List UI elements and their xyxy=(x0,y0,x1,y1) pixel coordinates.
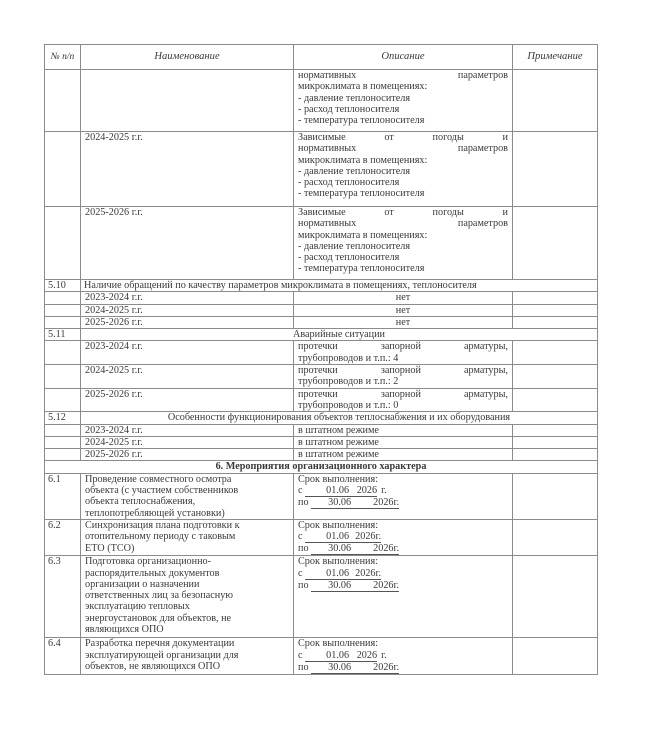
section-title: 6. Мероприятия организационного характер… xyxy=(45,461,598,473)
header-description: Описание xyxy=(294,45,513,70)
value-cell: нет xyxy=(294,292,513,304)
table-row: 2023-2024 г.г. нет xyxy=(45,292,598,304)
section-heading-6: 6. Мероприятия организационного характер… xyxy=(45,461,598,473)
description-cell: Зависимые от погоды и нормативных параме… xyxy=(294,132,513,207)
period-cell: 2025-2026 г.г. xyxy=(81,388,294,412)
section-title: Наличие обращений по качеству параметров… xyxy=(81,280,598,292)
description-cell: протечки запорной арматуры, трубопроводо… xyxy=(294,341,513,365)
section-row-5-11: 5.11 Аварийные ситуации xyxy=(45,329,598,341)
table-row: 2023-2024 г.г. протечки запорной арматур… xyxy=(45,341,598,365)
term-cell: Срок выполнения: с 01.062026г. по 30.062… xyxy=(294,638,513,675)
period-cell: 2024-2025 г.г. xyxy=(81,436,294,448)
section-title: Аварийные ситуации xyxy=(81,329,598,341)
value-cell: нет xyxy=(294,304,513,316)
period-cell: 2025-2026 г.г. xyxy=(81,449,294,461)
header-note: Примечание xyxy=(513,45,598,70)
name-cell: Подготовка организационно- распорядитель… xyxy=(81,556,294,638)
row-number: 6.1 xyxy=(45,473,81,519)
table-row: 2023-2024 г.г. в штатном режиме xyxy=(45,424,598,436)
header-name: Наименование xyxy=(81,45,294,70)
table-row: 2025-2026 г.г. нет xyxy=(45,316,598,328)
row-number: 5.12 xyxy=(45,412,81,424)
row-number: 5.10 xyxy=(45,280,81,292)
name-cell: Разработка перечня документации эксплуат… xyxy=(81,638,294,675)
table-row: 6.1 Проведение совместного осмотра объек… xyxy=(45,473,598,519)
table-row: 2024-2025 г.г. нет xyxy=(45,304,598,316)
description-cell: протечки запорной арматуры, трубопроводо… xyxy=(294,365,513,389)
section-row-5-12: 5.12 Особенности функционирования объект… xyxy=(45,412,598,424)
period-cell: 2023-2024 г.г. xyxy=(81,341,294,365)
table-row: 2024-2025 г.г. протечки запорной арматур… xyxy=(45,365,598,389)
document-table: № п/п Наименование Описание Примечание н… xyxy=(44,44,598,675)
period-cell: 2024-2025 г.г. xyxy=(81,365,294,389)
table-row: 2025-2026 г.г. в штатном режиме xyxy=(45,449,598,461)
section-row-5-10: 5.10 Наличие обращений по качеству парам… xyxy=(45,280,598,292)
table-row: 2024-2025 г.г. Зависимые от погоды и нор… xyxy=(45,132,598,207)
description-cell: нормативных параметров микроклимата в по… xyxy=(294,70,513,132)
term-cell: Срок выполнения: с 01.062026г. по 30.062… xyxy=(294,473,513,519)
period-cell: 2023-2024 г.г. xyxy=(81,424,294,436)
section-title: Особенности функционирования объектов те… xyxy=(81,412,598,424)
description-cell: протечки запорной арматуры, трубопроводо… xyxy=(294,388,513,412)
period-cell: 2025-2026 г.г. xyxy=(81,316,294,328)
table-row: нормативных параметров микроклимата в по… xyxy=(45,70,598,132)
name-cell: Проведение совместного осмотра объекта (… xyxy=(81,473,294,519)
period-cell: 2025-2026 г.г. xyxy=(81,207,294,280)
term-cell: Срок выполнения: с 01.062026г. по 30.062… xyxy=(294,519,513,555)
period-cell: 2023-2024 г.г. xyxy=(81,292,294,304)
table-row: 2025-2026 г.г. протечки запорной арматур… xyxy=(45,388,598,412)
table-row: 6.4 Разработка перечня документации эксп… xyxy=(45,638,598,675)
period-cell: 2024-2025 г.г. xyxy=(81,132,294,207)
value-cell: нет xyxy=(294,316,513,328)
term-cell: Срок выполнения: с 01.062026г. по 30.062… xyxy=(294,556,513,638)
value-cell: в штатном режиме xyxy=(294,436,513,448)
period-cell: 2024-2025 г.г. xyxy=(81,304,294,316)
row-number: 6.4 xyxy=(45,638,81,675)
name-cell: Синхронизация плана подготовки к отопите… xyxy=(81,519,294,555)
description-cell: Зависимые от погоды и нормативных параме… xyxy=(294,207,513,280)
table-row: 2024-2025 г.г. в штатном режиме xyxy=(45,436,598,448)
header-row: № п/п Наименование Описание Примечание xyxy=(45,45,598,70)
row-number: 6.2 xyxy=(45,519,81,555)
value-cell: в штатном режиме xyxy=(294,449,513,461)
row-number: 5.11 xyxy=(45,329,81,341)
table-row: 2025-2026 г.г. Зависимые от погоды и нор… xyxy=(45,207,598,280)
value-cell: в штатном режиме xyxy=(294,424,513,436)
table-row: 6.2 Синхронизация плана подготовки к ото… xyxy=(45,519,598,555)
header-num: № п/п xyxy=(45,45,81,70)
table-row: 6.3 Подготовка организационно- распоряди… xyxy=(45,556,598,638)
row-number: 6.3 xyxy=(45,556,81,638)
